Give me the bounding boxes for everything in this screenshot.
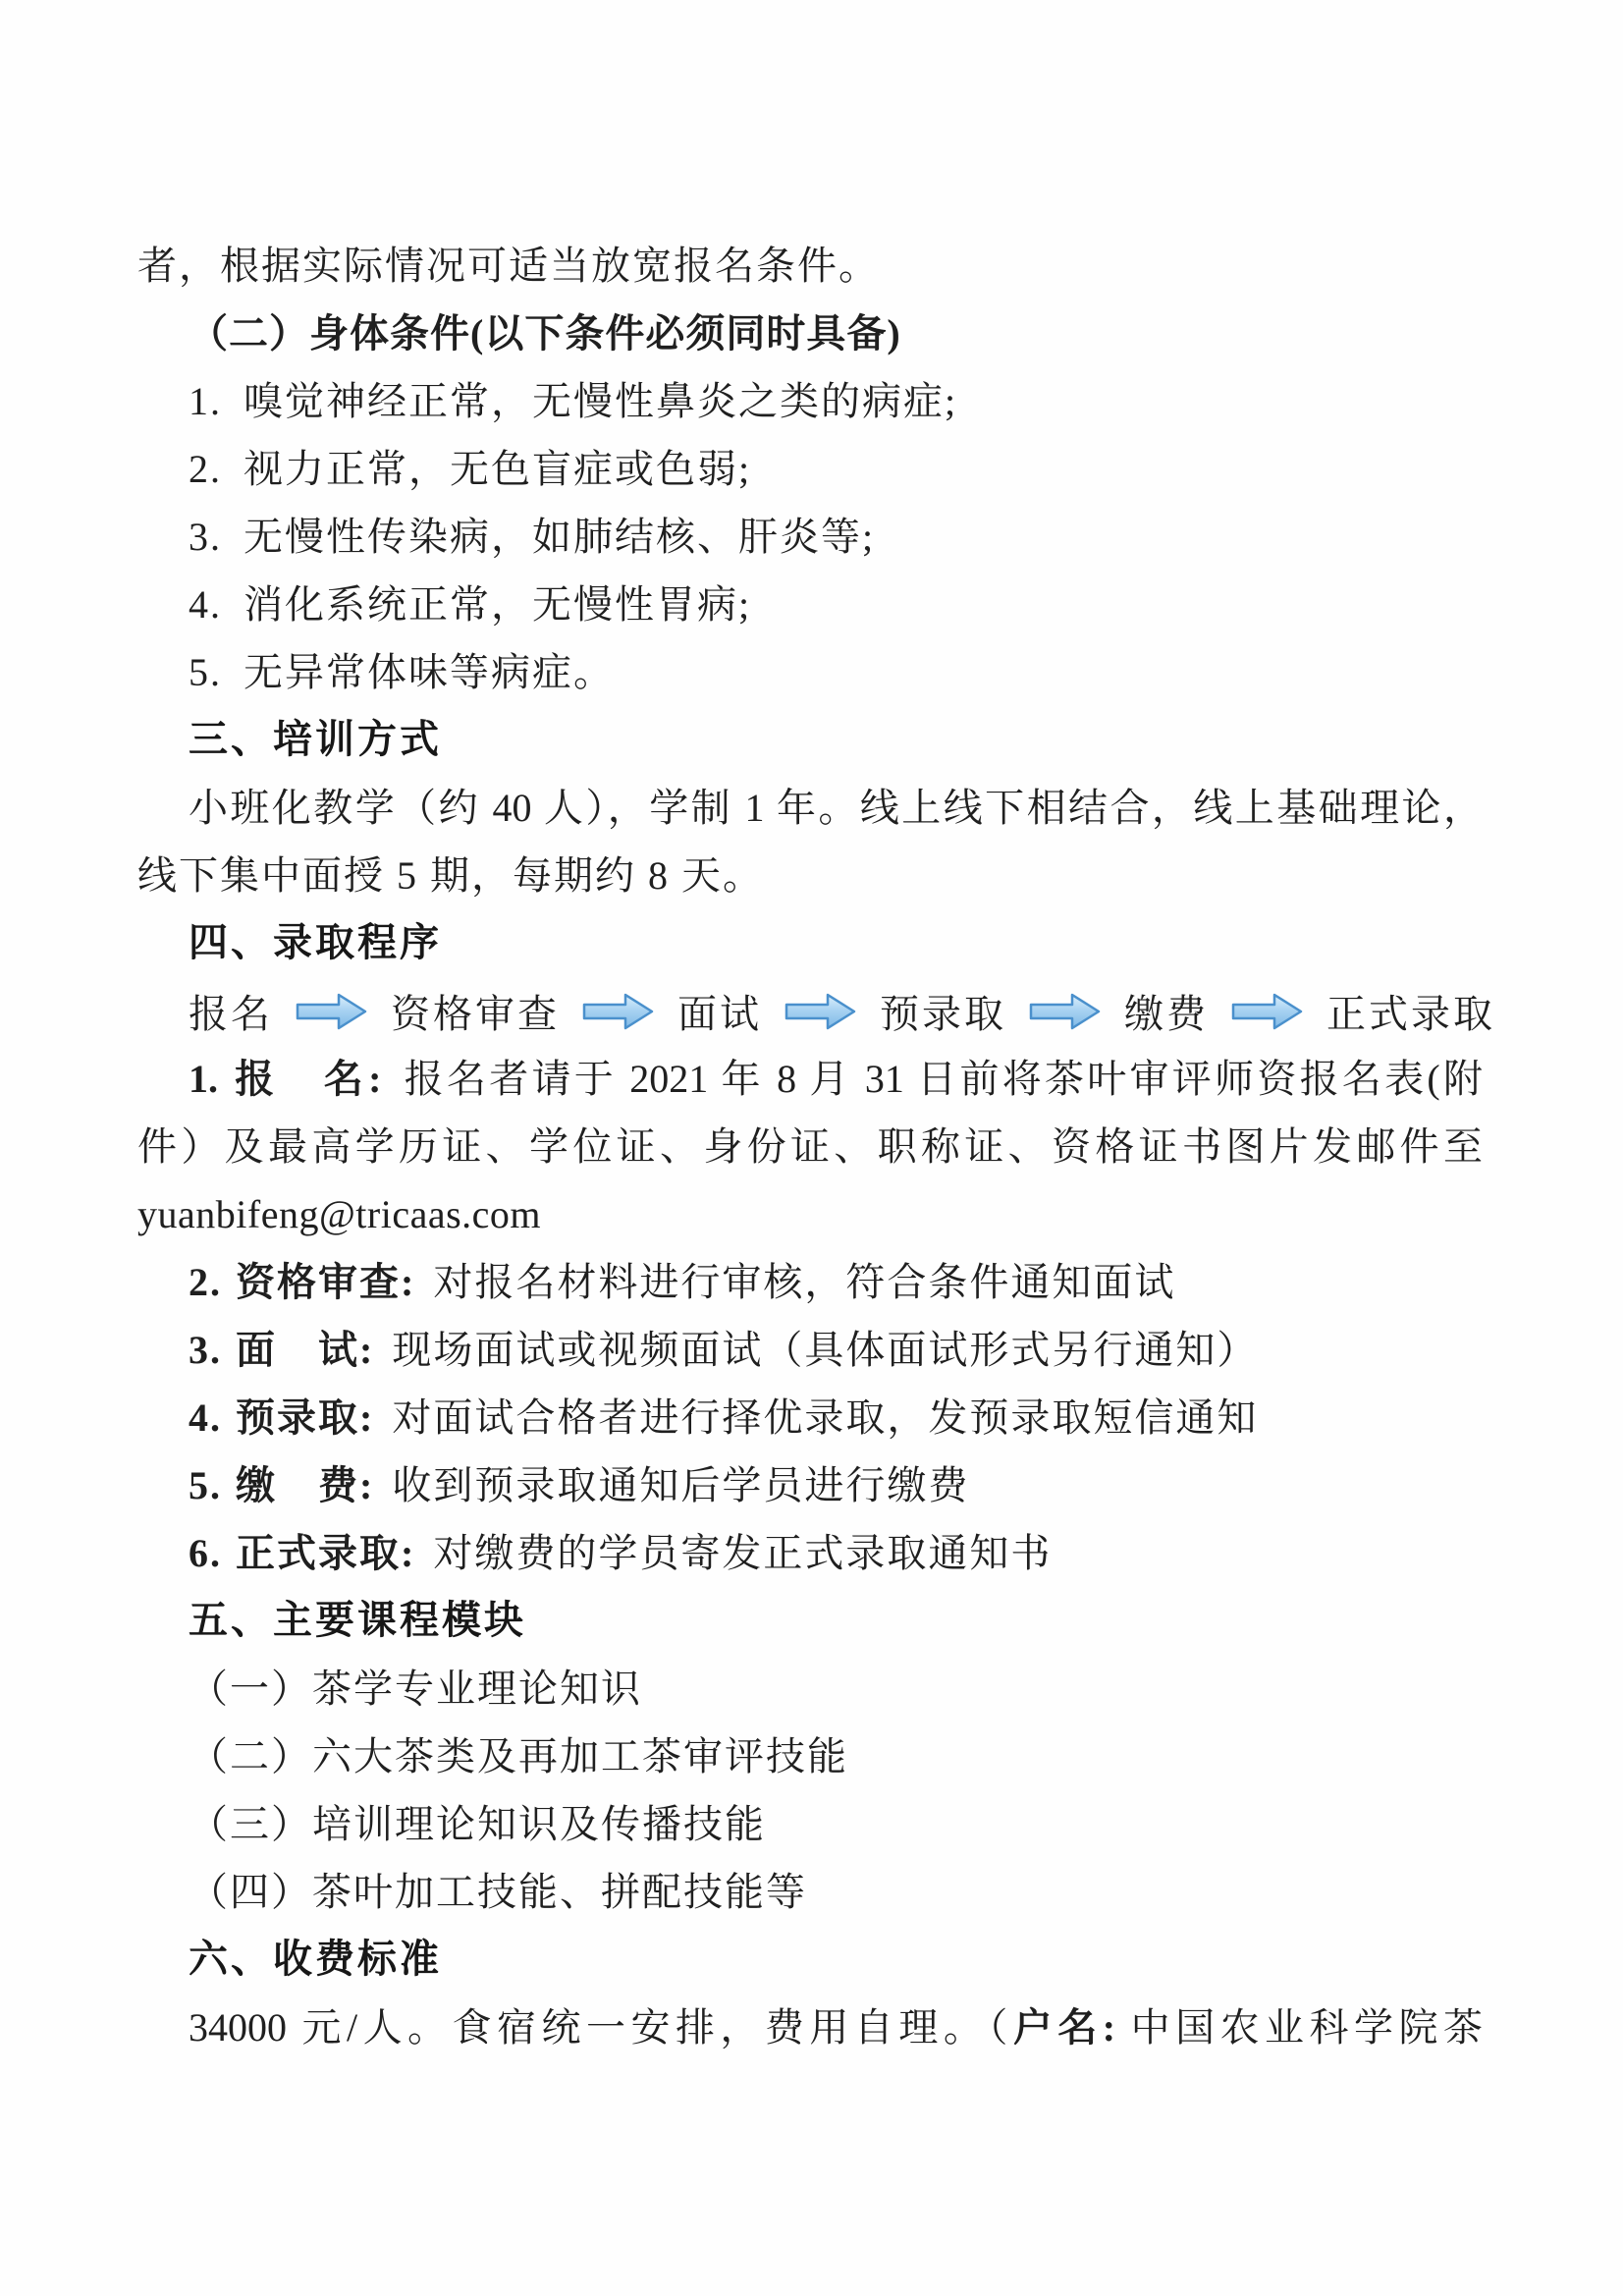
step-number: 5. [189,1451,222,1519]
course-module-item: （三）培训理论知识及传播技能 [137,1790,1483,1858]
step-text: 对缴费的学员寄发正式录取通知书 [433,1531,1052,1575]
step-label: 报 名: [232,1057,383,1101]
condition-number: 5. [189,638,222,706]
condition-item: 2.视力正常，无色盲症或色弱; [137,435,1483,503]
condition-text: 嗅觉神经正常，无慢性鼻炎之类的病症; [243,379,957,423]
step-number: 2. [189,1248,222,1316]
flow-step-formal-admission: 正式录取 [1326,983,1495,1039]
step-text: 报名者请于 2021 年 8 月 31 日前将茶叶审评师资报名表(附 [401,1057,1483,1101]
training-method-line1: 小班化教学（约 40 人），学制 1 年。线上线下相结合，线上基础理论， [137,774,1483,842]
condition-item: 4.消化系统正常，无慢性胃病; [137,571,1483,638]
fee-line: 34000 元/人。食宿统一安排，费用自理。（户名: 中国农业科学院茶 [137,1994,1483,2061]
account-name-label: 户名: [1013,2005,1115,2050]
continuation-text: 者，根据实际情况可适当放宽报名条件。 [137,232,1483,300]
condition-text: 无异常体味等病症。 [243,650,615,694]
flow-step-pre-admission: 预录取 [880,983,1006,1039]
flow-step-qualification-review: 资格审查 [391,983,560,1039]
course-module-item: （一）茶学专业理论知识 [137,1655,1483,1722]
condition-number: 4. [189,571,222,638]
flow-step-apply: 报名 [189,983,273,1039]
step-label: 面 试: [236,1328,374,1372]
condition-number: 3. [189,503,222,571]
step-label: 预录取: [236,1395,374,1440]
condition-item: 1.嗅觉神经正常，无慢性鼻炎之类的病症; [137,367,1483,435]
condition-number: 1. [189,367,222,435]
section-heading-admission-procedure: 四、录取程序 [137,909,1483,977]
step-label: 资格审查: [236,1260,415,1304]
step-label: 缴 费: [236,1463,374,1507]
step-number: 6. [189,1519,222,1587]
step-number: 1. [189,1045,218,1113]
condition-item: 5.无异常体味等病症。 [137,638,1483,706]
fee-text: 34000 元/人。食宿统一安排，费用自理。（ [189,2005,1013,2050]
step-text: 对报名材料进行审核，符合条件通知面试 [433,1260,1175,1304]
condition-number: 2. [189,435,222,503]
flow-step-payment: 缴费 [1124,983,1209,1039]
arrow-right-icon [1230,991,1305,1032]
step-label: 正式录取: [236,1531,415,1575]
admission-step-continuation: 件）及最高学历证、学位证、身份证、职称证、资格证书图片发邮件至 [137,1113,1483,1180]
step-number: 4. [189,1384,222,1451]
fee-text-continuation: 中国农业科学院茶 [1115,2005,1483,2050]
condition-text: 消化系统正常，无慢性胃病; [243,582,751,627]
course-module-item: （四）茶叶加工技能、拼配技能等 [137,1858,1483,1926]
section-heading-fees: 六、收费标准 [137,1926,1483,1994]
course-module-item: （二）六大茶类及再加工茶审评技能 [137,1722,1483,1790]
admission-step: 4.预录取:对面试合格者进行择优录取，发预录取短信通知 [137,1384,1483,1451]
step-text: 收到预录取通知后学员进行缴费 [392,1463,969,1507]
physical-conditions-heading: （二）身体条件(以下条件必须同时具备) [137,300,1483,367]
arrow-right-icon [1028,991,1103,1032]
condition-text: 视力正常，无色盲症或色弱; [243,447,751,491]
step-text: 对面试合格者进行择优录取，发预录取短信通知 [392,1395,1258,1440]
arrow-right-icon [581,991,656,1032]
step-text: 现场面试或视频面试（具体面试形式另行通知） [392,1328,1258,1372]
step-number: 3. [189,1316,222,1384]
condition-item: 3.无慢性传染病，如肺结核、肝炎等; [137,503,1483,571]
admission-step: 1.报 名:报名者请于 2021 年 8 月 31 日前将茶叶审评师资报名表(附 [137,1045,1483,1113]
admission-step: 2.资格审查:对报名材料进行审核，符合条件通知面试 [137,1248,1483,1316]
section-heading-course-modules: 五、主要课程模块 [137,1587,1483,1655]
flow-step-interview: 面试 [677,983,762,1039]
document-page: 者，根据实际情况可适当放宽报名条件。 （二）身体条件(以下条件必须同时具备) 1… [0,0,1623,2296]
admission-step: 6.正式录取:对缴费的学员寄发正式录取通知书 [137,1519,1483,1587]
arrow-right-icon [295,991,369,1032]
training-method-line2: 线下集中面授 5 期，每期约 8 天。 [137,842,1483,909]
admission-flow-diagram: 报名 资格审查 面试 预录取 缴费 正式录取 [137,977,1483,1045]
condition-text: 无慢性传染病，如肺结核、肝炎等; [243,515,875,559]
section-heading-training-method: 三、培训方式 [137,706,1483,774]
admission-step: 5.缴 费:收到预录取通知后学员进行缴费 [137,1451,1483,1519]
admission-step: 3.面 试:现场面试或视频面试（具体面试形式另行通知） [137,1316,1483,1384]
application-email: yuanbifeng@tricaas.com [137,1180,1483,1248]
arrow-right-icon [784,991,858,1032]
